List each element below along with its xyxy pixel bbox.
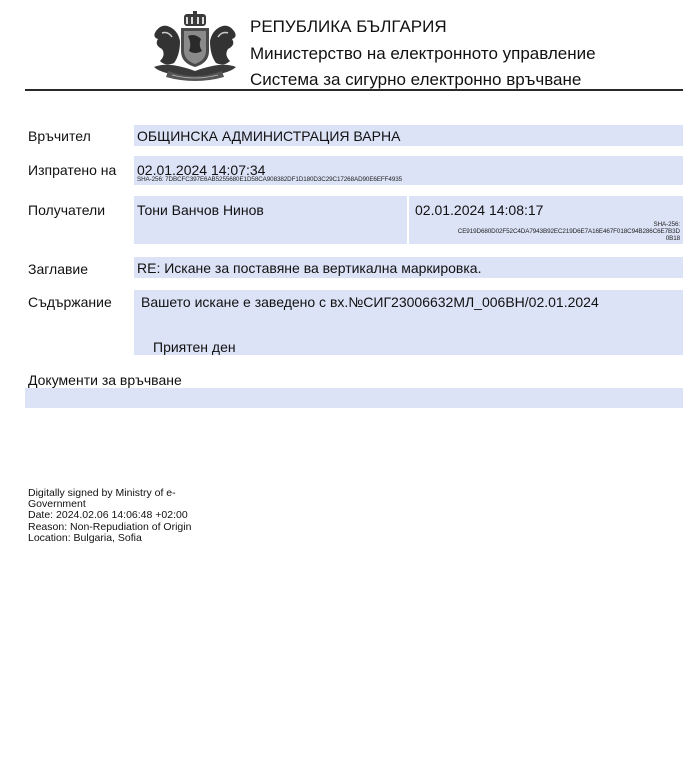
- subject-label: Заглавие: [28, 261, 88, 277]
- content-line-1: Вашето искане е заведено с вх.№СИГ230066…: [141, 294, 599, 310]
- header-country: РЕПУБЛИКА БЪЛГАРИЯ: [250, 17, 447, 37]
- recipient-hash-line2: 0B18: [666, 235, 680, 242]
- recipient-hash-line1: CE919D680D02F52C4DA7943B92EC219D6E7A16E4…: [458, 228, 680, 235]
- recipients-label: Получатели: [28, 202, 105, 218]
- signature-date: Date: 2024.02.06 14:06:48 +02:00: [28, 510, 191, 521]
- content-label: Съдържание: [28, 294, 112, 310]
- sent-on-field: 02.01.2024 14:07:34 SHA-256: 7DBCFC397E6…: [134, 156, 683, 185]
- coat-of-arms-icon: [148, 11, 242, 81]
- signature-location: Location: Bulgaria, Sofia: [28, 533, 191, 544]
- recipient-received-on: 02.01.2024 14:08:17: [415, 202, 543, 218]
- documents-label: Документи за връчване: [28, 372, 182, 388]
- recipient-name: Тони Ванчов Нинов: [137, 202, 264, 218]
- sender-field: ОБЩИНСКА АДМИНИСТРАЦИЯ ВАРНА: [134, 125, 683, 146]
- recipient-name-field: Тони Ванчов Нинов: [134, 196, 407, 244]
- sender-value: ОБЩИНСКА АДМИНИСТРАЦИЯ ВАРНА: [137, 128, 400, 144]
- subject-field: RE: Искане за поставяне ва вертикална ма…: [134, 257, 683, 278]
- subject-value: RE: Искане за поставяне ва вертикална ма…: [137, 260, 481, 276]
- header-ministry: Министерство на електронното управление: [250, 44, 596, 64]
- documents-list: [25, 388, 683, 408]
- content-line-2: Приятен ден: [153, 339, 236, 355]
- sent-on-hash: SHA-256: 7DBCFC397E6AB5255680E1D58CA9083…: [137, 176, 402, 183]
- sender-label: Връчител: [28, 128, 91, 144]
- header-system: Система за сигурно електронно връчване: [250, 70, 581, 90]
- header-divider: [25, 89, 683, 91]
- sent-on-label: Изпратено на: [28, 162, 116, 178]
- recipient-hash-label: SHA-256:: [654, 221, 681, 228]
- digital-signature-block: Digitally signed by Ministry of e- Gover…: [28, 488, 191, 544]
- recipient-received-field: 02.01.2024 14:08:17 SHA-256: CE919D680D0…: [409, 196, 683, 244]
- content-field: Вашето искане е заведено с вх.№СИГ230066…: [134, 290, 683, 355]
